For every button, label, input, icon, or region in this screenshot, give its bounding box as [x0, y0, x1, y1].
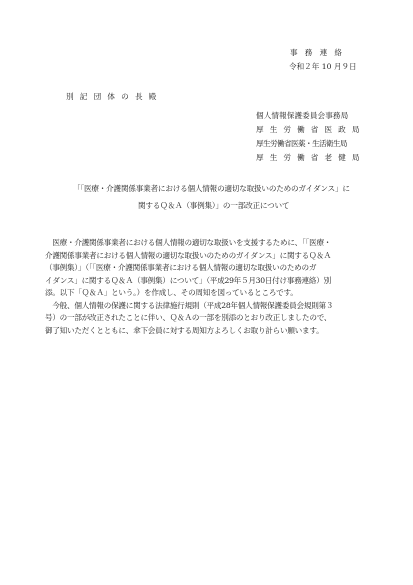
document-title-line-2: 関するＱ＆Ａ（事例集）」の一部改正について: [138, 201, 289, 211]
body-line: 医療・介護関係事業者における個人情報の適切な取扱いを支援するために、「「医療・: [45, 238, 331, 248]
document-type-label: 事務連絡: [290, 48, 349, 58]
body-line: 今般、個人情報の保護に関する法律施行規則（平成28年個人情報保護委員会規則第３: [45, 301, 333, 311]
document-title-line-1: 「「医療・介護関係事業者における個人情報の適切な取扱いのためのガイダンス」に: [73, 184, 350, 194]
body-line: 御了知いただくとともに、傘下会員に対する周知方よろしくお取り計らい願います。: [45, 326, 323, 336]
sender-ppc: 個人情報保護委員会事務局: [256, 111, 348, 121]
body-line: （事例集）」（「「医療・介護関係事業者における個人情報の適切な取扱いのためのガ: [45, 263, 316, 273]
document-date: 令和２年 10 月９日: [289, 62, 357, 72]
body-line: 号）の一部が改正されたことに伴い、Ｑ＆Ａの一部を別添のとおり改正しましたので、: [45, 313, 331, 323]
sender-mhlw-pharma: 厚生労働省医薬・生活衛生局: [256, 139, 347, 149]
body-line: イダンス」に関するＱ＆Ａ（事例集）について」（平成29年５月30日付け事務連絡）…: [45, 276, 331, 286]
sender-mhlw-health-elderly: 厚生労働省老健局: [256, 153, 366, 163]
addressee: 別記団体の長殿: [66, 92, 163, 102]
body-line: 添。以下「Ｑ＆Ａ」という。）を作成し、その周知を図っているところです。: [45, 288, 298, 298]
document-page: 事務連絡 令和２年 10 月９日 別記団体の長殿 個人情報保護委員会事務局 厚生…: [0, 0, 413, 585]
sender-mhlw-health-policy: 厚生労働省医政局: [256, 125, 366, 135]
body-line: 介護関係事業者における個人情報の適切な取扱いのためのガイダンス」に関するＱ＆Ａ: [45, 251, 331, 261]
